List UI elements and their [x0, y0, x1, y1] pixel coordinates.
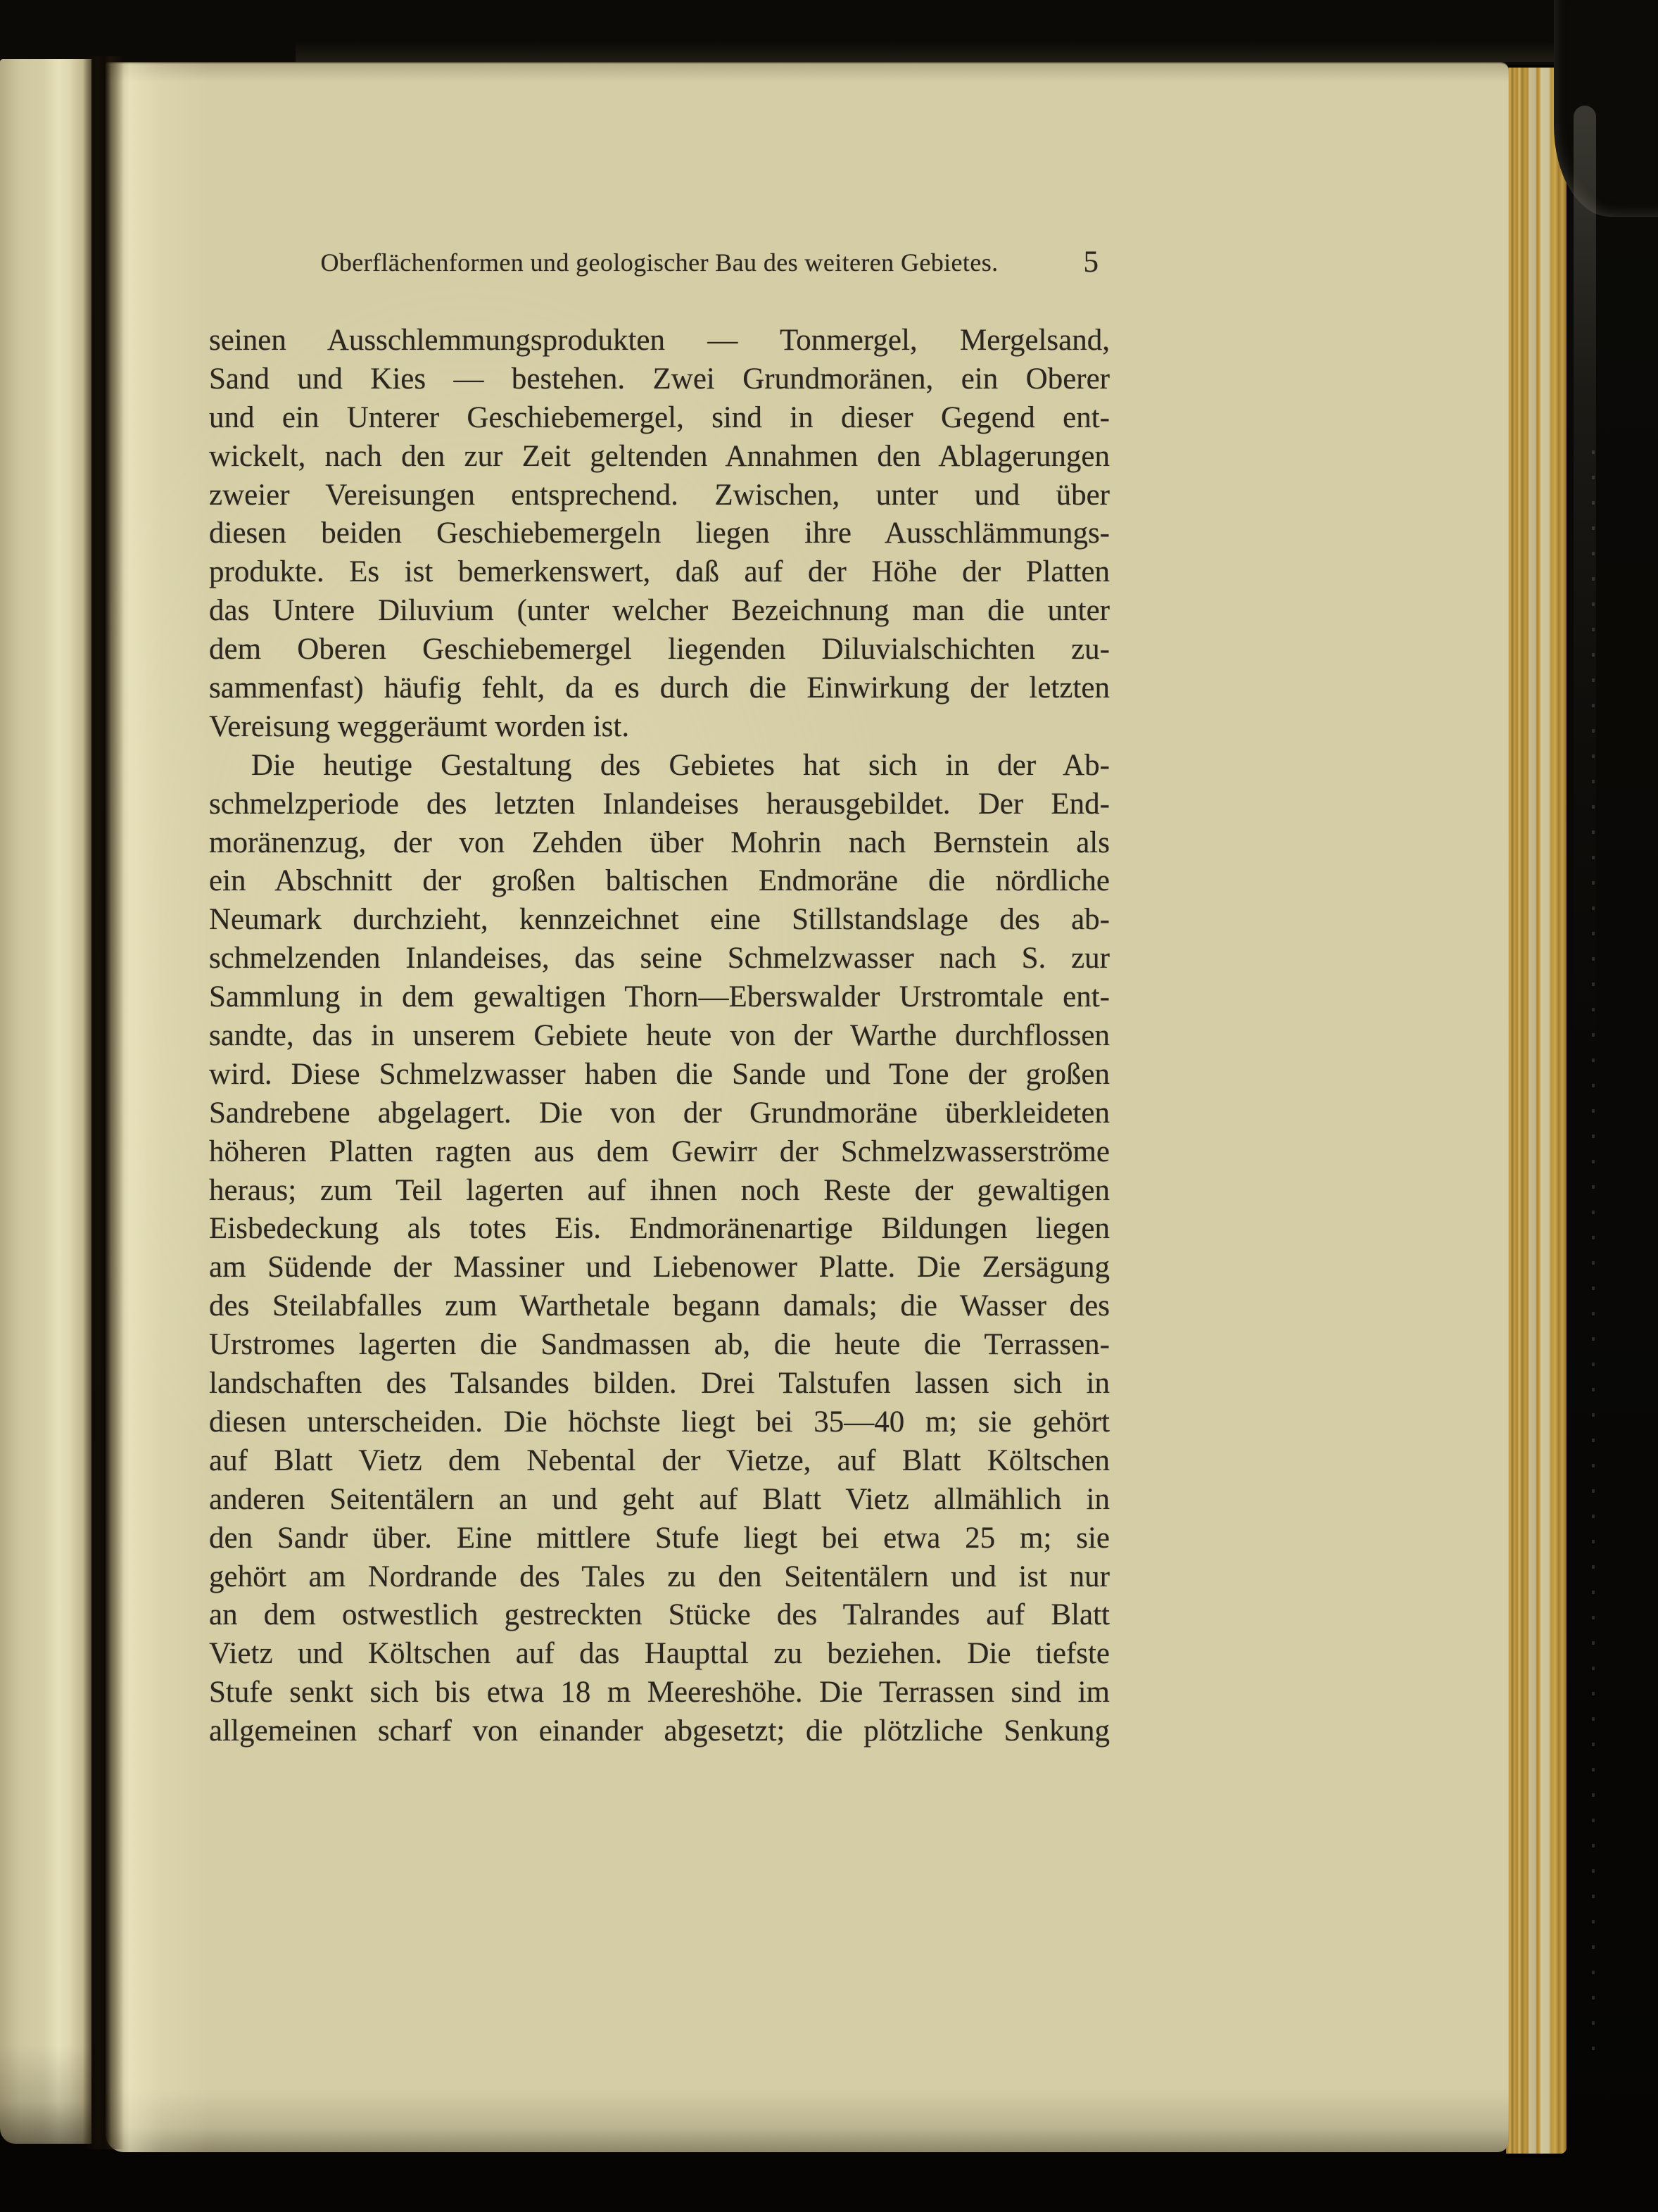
- text-line: wird. Diese Schmelzwasser haben die Sand…: [209, 1056, 1110, 1094]
- text-line: anderen Seitentälern an und geht auf Bla…: [209, 1481, 1110, 1519]
- text-line: des Steilabfalles zum Warthetale begann …: [209, 1287, 1110, 1326]
- text-line: Stufe senkt sich bis etwa 18 m Meereshöh…: [209, 1674, 1110, 1712]
- text-block: seinen Ausschlemmungsprodukten — Tonmerg…: [209, 322, 1110, 1751]
- text-line: schmelzperiode des letzten Inlandeises h…: [209, 785, 1110, 824]
- text-line: sammenfast) häufig fehlt, da es durch di…: [209, 669, 1110, 708]
- text-line: und ein Unterer Geschiebemergel, sind in…: [209, 399, 1110, 438]
- text-line: allgemeinen scharf von einander abgesetz…: [209, 1712, 1110, 1751]
- text-line: landschaften des Talsandes bilden. Drei …: [209, 1365, 1110, 1403]
- text-line: auf Blatt Vietz dem Nebental der Vietze,…: [209, 1442, 1110, 1481]
- text-line: Vietz und Költschen auf das Haupttal zu …: [209, 1635, 1110, 1674]
- text-line: seinen Ausschlemmungsprodukten — Tonmerg…: [209, 322, 1110, 360]
- text-line: diesen beiden Geschiebemergeln liegen ih…: [209, 514, 1110, 553]
- printed-text-layer: Oberflächenformen und geologischer Bau d…: [0, 0, 1658, 2212]
- text-line: gehört am Nordrande des Tales zu den Sei…: [209, 1558, 1110, 1597]
- text-line: diesen unterscheiden. Die höchste liegt …: [209, 1403, 1110, 1442]
- text-line: dem Oberen Geschiebemergel liegenden Dil…: [209, 631, 1110, 669]
- text-line: moränenzug, der von Zehden über Mohrin n…: [209, 824, 1110, 863]
- text-line: an dem ostwestlich gestreckten Stücke de…: [209, 1596, 1110, 1635]
- text-line: heraus; zum Teil lagerten auf ihnen noch…: [209, 1172, 1110, 1211]
- text-line: das Untere Diluvium (unter welcher Bezei…: [209, 592, 1110, 631]
- text-line: ein Abschnitt der großen baltischen Endm…: [209, 862, 1110, 901]
- text-line: Sandrebene abgelagert. Die von der Grund…: [209, 1094, 1110, 1133]
- text-line: am Südende der Massiner und Liebenower P…: [209, 1249, 1110, 1287]
- text-line: den Sandr über. Eine mittlere Stufe lieg…: [209, 1519, 1110, 1558]
- book-photo: Oberflächenformen und geologischer Bau d…: [0, 0, 1658, 2212]
- text-line: Die heutige Gestaltung des Gebietes hat …: [209, 747, 1110, 785]
- text-line: Eisbedeckung als totes Eis. Endmoränenar…: [209, 1210, 1110, 1249]
- text-line: höheren Platten ragten aus dem Gewirr de…: [209, 1133, 1110, 1172]
- page-header: Oberflächenformen und geologischer Bau d…: [209, 248, 1110, 283]
- running-header-title: Oberflächenformen und geologischer Bau d…: [209, 248, 1110, 277]
- text-line: wickelt, nach den zur Zeit geltenden Ann…: [209, 438, 1110, 476]
- text-line: Urstromes lagerten die Sandmassen ab, di…: [209, 1326, 1110, 1365]
- text-line: sandte, das in unserem Gebiete heute von…: [209, 1017, 1110, 1056]
- text-line: produkte. Es ist bemerkenswert, daß auf …: [209, 553, 1110, 592]
- text-line: Sammlung in dem gewaltigen Thorn—Eberswa…: [209, 978, 1110, 1017]
- text-line: zweier Vereisungen entsprechend. Zwische…: [209, 476, 1110, 515]
- text-line: schmelzenden Inlandeises, das seine Schm…: [209, 940, 1110, 978]
- text-line: Vereisung weggeräumt worden ist.: [209, 708, 1110, 747]
- text-line: Neumark durchzieht, kennzeichnet eine St…: [209, 901, 1110, 940]
- page-number: 5: [1084, 245, 1099, 279]
- text-line: Sand und Kies — bestehen. Zwei Grundmorä…: [209, 360, 1110, 399]
